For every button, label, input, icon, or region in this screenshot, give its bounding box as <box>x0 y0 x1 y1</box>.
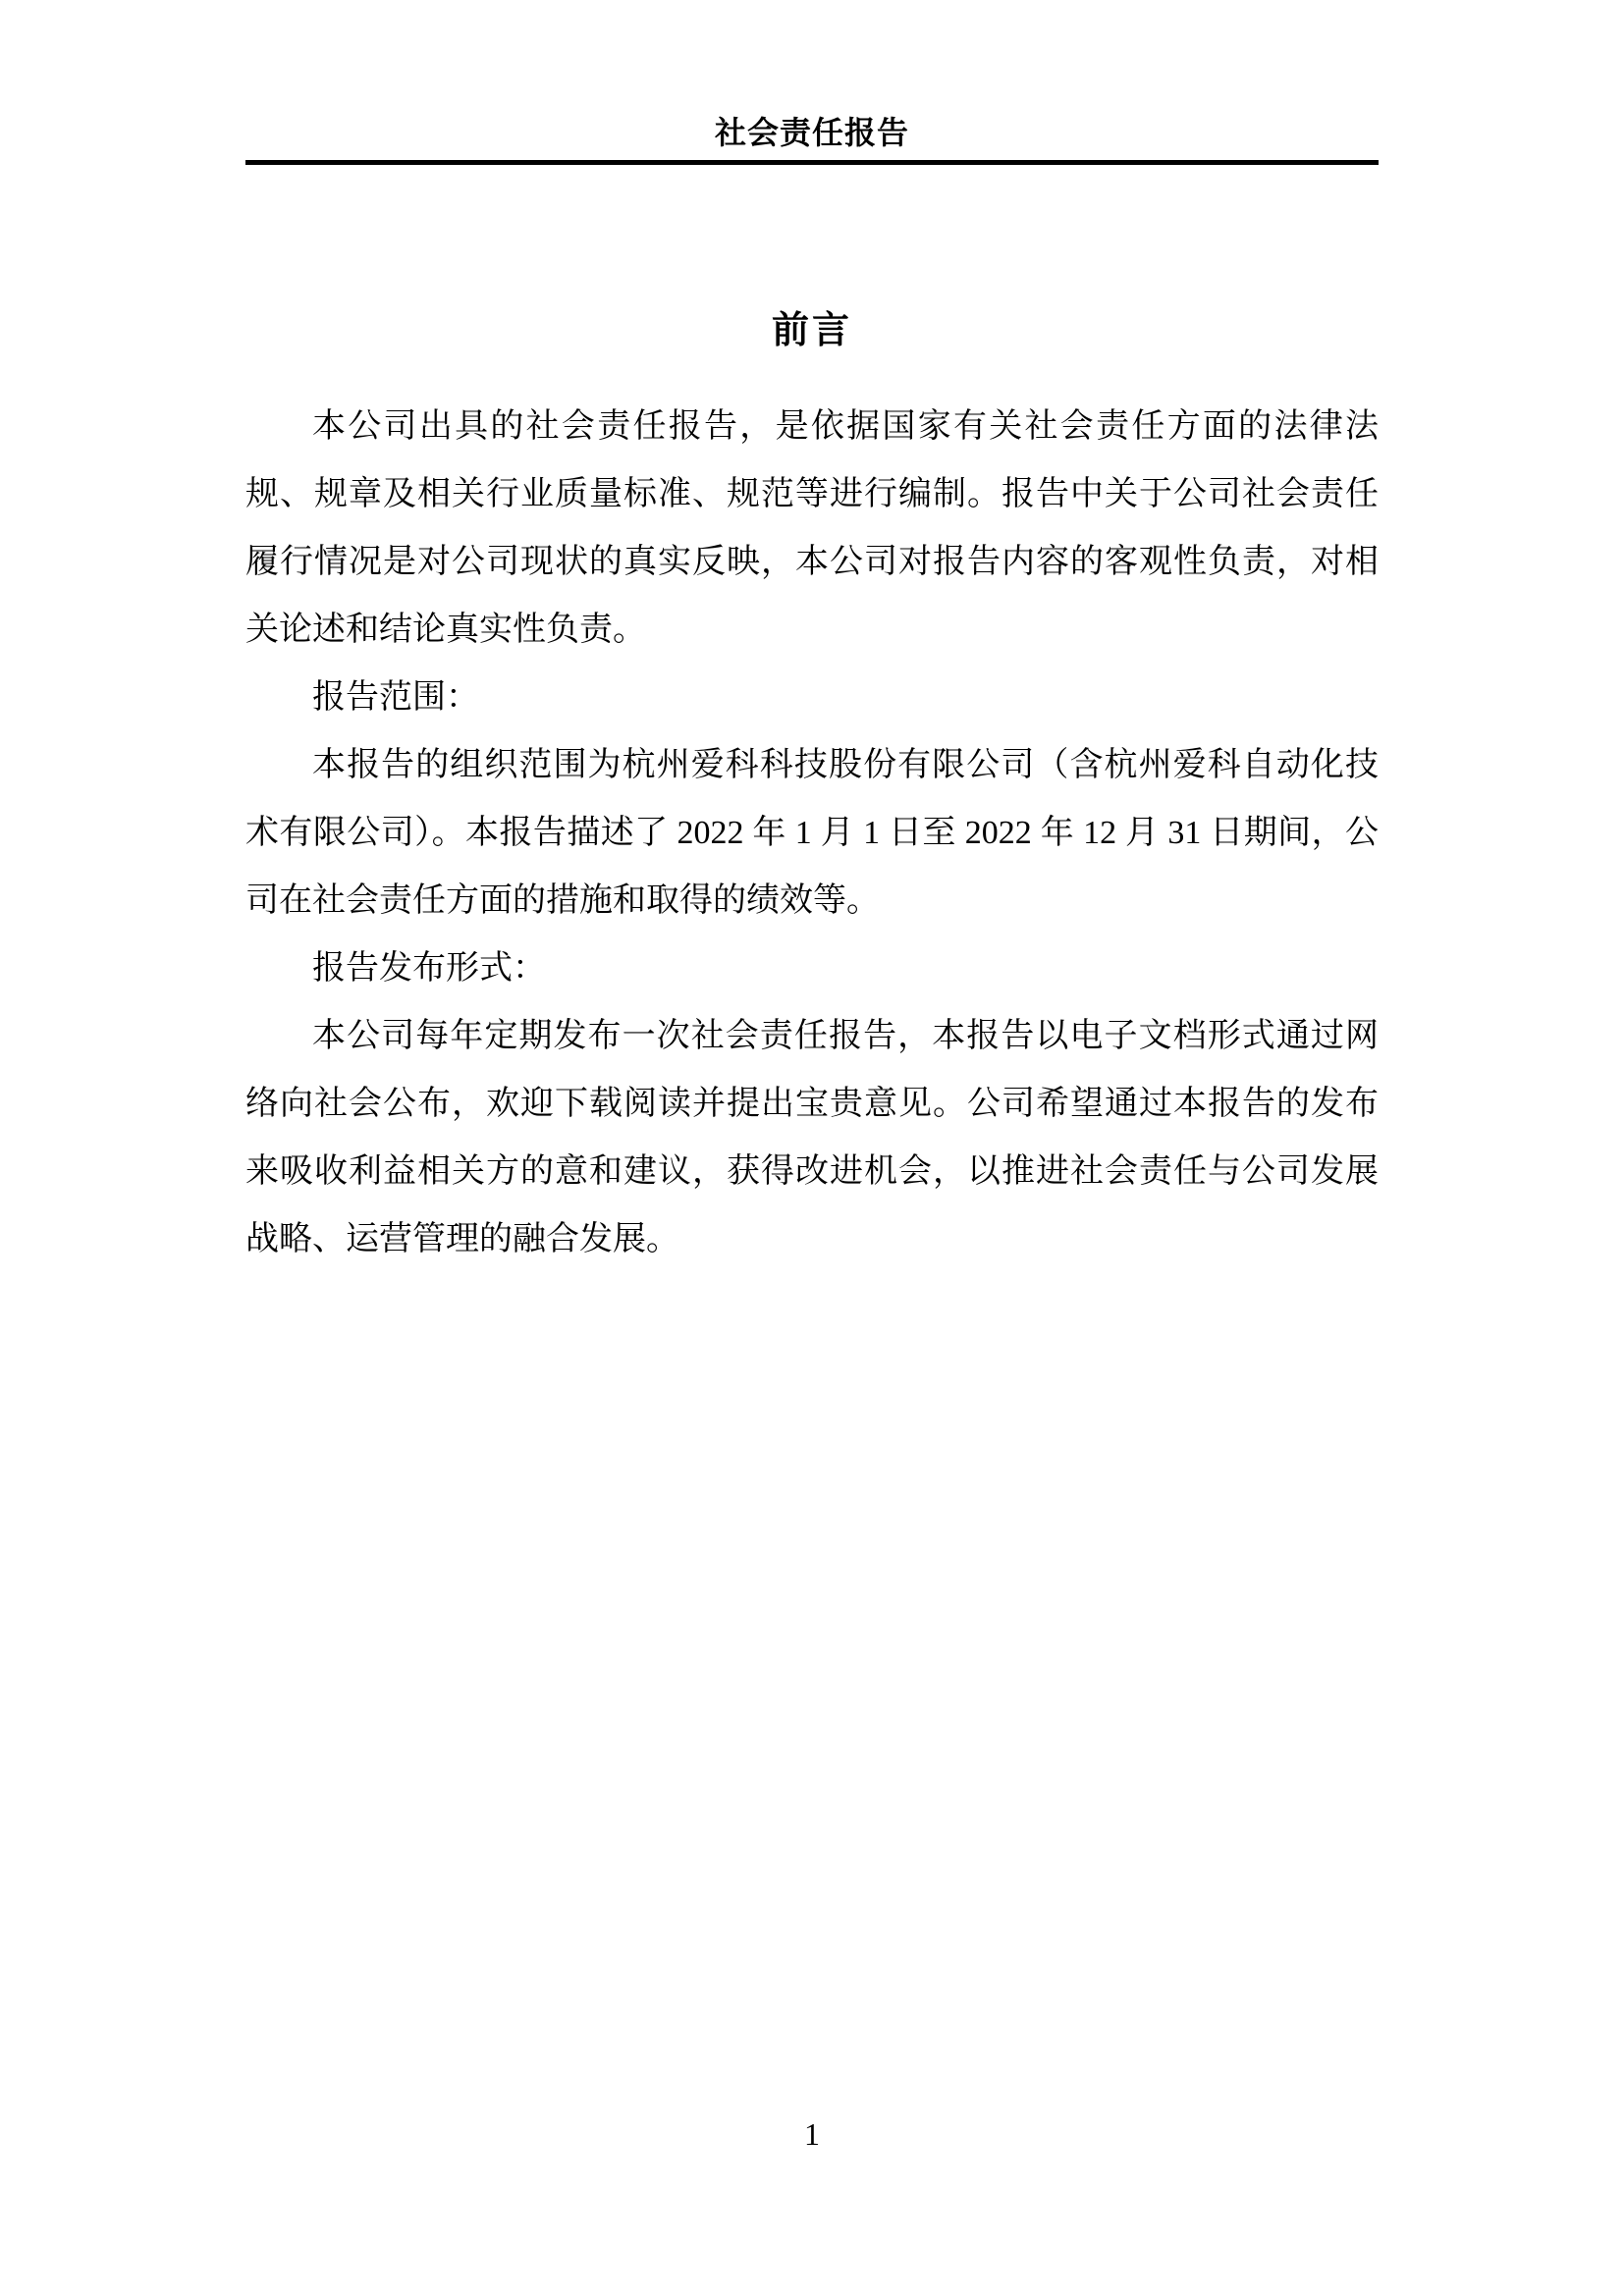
section-title: 前言 <box>245 308 1379 353</box>
document-page: 社会责任报告 前言 本公司出具的社会责任报告，是依据国家有关社会责任方面的法律法… <box>0 0 1624 2296</box>
paragraph-release-label: 报告发布形式： <box>245 934 1379 1002</box>
document-body: 本公司出具的社会责任报告，是依据国家有关社会责任方面的法律法规、规章及相关行业质… <box>245 393 1379 1273</box>
page-number: 1 <box>0 2116 1624 2152</box>
header-rule <box>245 160 1379 165</box>
paragraph-release: 本公司每年定期发布一次社会责任报告，本报告以电子文档形式通过网络向社会公布，欢迎… <box>245 1002 1379 1273</box>
paragraph-intro: 本公司出具的社会责任报告，是依据国家有关社会责任方面的法律法规、规章及相关行业质… <box>245 393 1379 664</box>
paragraph-scope: 本报告的组织范围为杭州爱科科技股份有限公司（含杭州爱科自动化技术有限公司）。本报… <box>245 731 1379 934</box>
header-title: 社会责任报告 <box>245 114 1379 151</box>
paragraph-scope-label: 报告范围： <box>245 664 1379 731</box>
